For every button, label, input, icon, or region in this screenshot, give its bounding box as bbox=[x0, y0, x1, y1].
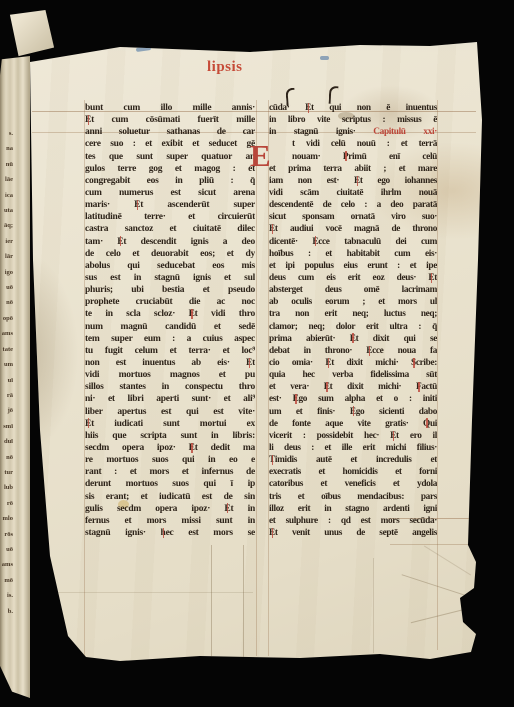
facing-page-glyph-fragment: rā bbox=[0, 388, 13, 403]
facing-page-glyph-fragment: mō bbox=[0, 573, 13, 588]
red-touched-capital: F bbox=[416, 381, 421, 393]
facing-page-glyph-fragment: rōs bbox=[0, 527, 13, 542]
running-title: lipsis bbox=[207, 59, 243, 76]
text-line: derunt mortuos suos qui ī ip bbox=[85, 478, 255, 490]
text-line: clamor; neq; dolor erit ultra : q̄ bbox=[269, 321, 437, 333]
text-line: et sulphure : qd est mors secūda· bbox=[269, 515, 437, 527]
page-corner-flap bbox=[8, 10, 56, 58]
red-touched-capital: E bbox=[85, 114, 91, 126]
text-line: et prima terra abiit ; et mare bbox=[269, 163, 437, 175]
ruling-vertical-right-outer bbox=[437, 100, 438, 650]
text-line: bunt cum illo mille annis· bbox=[85, 102, 255, 114]
facing-page-glyph-fragment: jō bbox=[0, 403, 13, 418]
rubric-text: Capitulū xxi· bbox=[373, 127, 437, 137]
text-line: gulos terre gog et magog : et bbox=[85, 163, 255, 175]
text-line: descendentē de celo : a deo paratā bbox=[269, 199, 437, 211]
red-touched-capital: E bbox=[134, 199, 140, 211]
text-line: fernus et mors missi sunt in bbox=[85, 515, 255, 527]
facing-page-glyph-fragment: na bbox=[0, 141, 13, 156]
text-line: tam· Et descendit ignis a deo bbox=[85, 236, 255, 248]
text-line: te in scla scloz· Et vidi thro bbox=[85, 308, 255, 320]
text-line: Et iudicati sunt mortui ex bbox=[85, 418, 255, 430]
red-touched-capital: E bbox=[324, 381, 330, 393]
facing-page-glyph-fragment: is. bbox=[0, 588, 13, 603]
blue-pigment-smudge-top-right bbox=[320, 56, 329, 60]
text-line: li deus : et ille erit michi filius· bbox=[269, 442, 437, 454]
red-touched-capital: E bbox=[350, 406, 356, 418]
text-line: stagnū ignis· hec est mors se bbox=[85, 527, 255, 539]
facing-page-glyph-fragment: b. bbox=[0, 604, 13, 619]
facing-page-glyph-fragment: ica bbox=[0, 188, 13, 203]
text-line: illoz erit in stagno ardenti igni bbox=[269, 503, 437, 515]
text-line: hoībus : et habitabit cum eis· bbox=[269, 248, 437, 260]
facing-page-glyph-fragment: lub bbox=[0, 480, 13, 495]
text-line: tes que sunt super quatuor an bbox=[85, 151, 255, 163]
crease-vertical-1 bbox=[211, 545, 212, 657]
red-touched-capital: P bbox=[343, 151, 348, 163]
facing-page-glyph-fragment: tur bbox=[0, 465, 13, 480]
red-touched-capital: E bbox=[428, 272, 434, 284]
facing-page-glyph-fragment: nō bbox=[0, 295, 13, 310]
red-touched-capital: E bbox=[325, 357, 331, 369]
facing-page-glyph-fragment: āq; bbox=[0, 218, 13, 233]
red-touched-capital: E bbox=[224, 503, 230, 515]
facing-page-glyph-fragment: nū bbox=[0, 157, 13, 172]
text-column-left: bunt cum illo mille annis·Et cum cōsūmat… bbox=[85, 102, 255, 539]
text-line: in stagnū ignis· Capitulū xxi· bbox=[269, 126, 437, 138]
facing-page-glyph-fragment: uō bbox=[0, 542, 13, 557]
text-line: absterget deus omē lacrimam bbox=[269, 284, 437, 296]
text-line: Et cum cōsūmati fuerīt mille bbox=[85, 114, 255, 126]
text-line: re mortuos suos qui in eo e bbox=[85, 454, 255, 466]
text-line: Et audiui vocē magnā de throno bbox=[269, 223, 437, 235]
wrinkle-1 bbox=[402, 574, 469, 597]
text-line: cum numerus est sicut arena bbox=[85, 187, 255, 199]
facing-page-glyph-fragment: nō bbox=[0, 450, 13, 465]
facing-page-glyph-fragment: lār bbox=[0, 249, 13, 264]
text-line: quia hec verba fidelissima sūt bbox=[269, 369, 437, 381]
red-touched-capital: E bbox=[85, 418, 91, 430]
text-line: sicut sponsam ornatā viro suo· bbox=[269, 211, 437, 223]
red-touched-capital: E bbox=[366, 345, 372, 357]
text-line: vidi scām ciuitatē ihrlm nouā bbox=[269, 187, 437, 199]
red-touched-capital: E bbox=[246, 357, 252, 369]
text-column-right: cūda· Et qui non ē inuentusin libro vite… bbox=[269, 102, 437, 539]
facing-page-glyph-fragment: opō bbox=[0, 311, 13, 326]
facing-page-glyph-fragment: uī bbox=[0, 373, 13, 388]
facing-page-glyph-fragment: ier bbox=[0, 234, 13, 249]
facing-page-glyph-fragment: rō bbox=[0, 496, 13, 511]
red-touched-capital: E bbox=[293, 393, 299, 405]
text-line: Timidis autē et incredulis et bbox=[269, 454, 437, 466]
text-line: tra non erit neq; luctus neq; bbox=[269, 308, 437, 320]
red-touched-capital: E bbox=[312, 236, 318, 248]
text-line: non est inuentus ab eis· Et bbox=[85, 357, 255, 369]
text-line: ab oculis eorum ; et mors ul bbox=[269, 296, 437, 308]
text-line: debat in throno· Ecce noua fa bbox=[269, 345, 437, 357]
facing-page-glyph-fragment: ams bbox=[0, 326, 13, 341]
facing-page-glyph-fragment: um bbox=[0, 357, 13, 372]
text-line: Et venit unus de septē angelis bbox=[269, 527, 437, 539]
text-line: vicerit : possidebit hec· Et ero il bbox=[269, 430, 437, 442]
text-line: abolus qui seducebat eos mis bbox=[85, 260, 255, 272]
red-touched-capital: S bbox=[411, 357, 416, 369]
text-line: num magnū candidū et sedē bbox=[85, 321, 255, 333]
text-line: anni soluetur sathanas de car bbox=[85, 126, 255, 138]
text-line: vidi mortuos magnos et pu bbox=[85, 369, 255, 381]
facing-page-glyph-fragment: uta bbox=[0, 203, 13, 218]
text-line: ni· et libri aperti sunt· et ali⁹ bbox=[85, 393, 255, 405]
chapter-drop-cap: E bbox=[250, 140, 271, 171]
text-line: de fonte aque vite gratis· Qui bbox=[269, 418, 437, 430]
text-line: gulis secdm opera ipoz· Et in bbox=[85, 503, 255, 515]
red-touched-capital: h bbox=[161, 527, 166, 539]
crease-vertical-2 bbox=[243, 545, 244, 657]
red-touched-capital: E bbox=[269, 527, 275, 539]
text-line: tu fugit celum et terra· et loc⁹ bbox=[85, 345, 255, 357]
text-line: um et finis· Ego sicienti dabo bbox=[269, 406, 437, 418]
facing-page-glyph-fragment: mlo bbox=[0, 511, 13, 526]
ruling-vertical-left-inner bbox=[256, 100, 257, 656]
facing-page-glyph-fragment: duī bbox=[0, 434, 13, 449]
red-touched-capital: E bbox=[269, 223, 275, 235]
text-line: cere suo : et exibit et seducet gē bbox=[85, 138, 255, 150]
text-line: tem super eum : a cuius aspec bbox=[85, 333, 255, 345]
text-line: castra sanctoz et ciuitatē dilec bbox=[85, 223, 255, 235]
text-line: t vidi celū nouū : et terrā bbox=[269, 138, 437, 150]
wrinkle-3 bbox=[424, 546, 471, 576]
text-line: dicentē· Ecce tabnaculū dei cum bbox=[269, 236, 437, 248]
text-line: nouam· Primū enī celū bbox=[269, 151, 437, 163]
facing-page-glyph-fragment: tate bbox=[0, 342, 13, 357]
ruling-line-right-2 bbox=[390, 544, 474, 545]
text-line: cio omia· Et dixit michi· Scribe: bbox=[269, 357, 437, 369]
text-line: sillos stantes in conspectu thro bbox=[85, 381, 255, 393]
text-line: sus est in stagnū ignis et sul bbox=[85, 272, 255, 284]
text-line: maris· Et ascenderūt super bbox=[85, 199, 255, 211]
facing-page-glyph-fragment: ams bbox=[0, 557, 13, 572]
facing-page-glyph-fragment: uō bbox=[0, 280, 13, 295]
text-line: et vera· Et dixit michi· Factū bbox=[269, 381, 437, 393]
text-line: de celo et deuorabit eos; et dy bbox=[85, 248, 255, 260]
facing-page-glyph-fragment: lāe bbox=[0, 172, 13, 187]
text-line: prima abierūt· Et dixit qui se bbox=[269, 333, 437, 345]
blue-pigment-smudge-top-left bbox=[136, 46, 151, 52]
text-line: catoribus et veneficis et ydola bbox=[269, 478, 437, 490]
red-touched-capital: E bbox=[189, 442, 195, 454]
red-touched-capital: E bbox=[305, 102, 311, 114]
text-line: est· Ego sum alpha et o : initi bbox=[269, 393, 437, 405]
text-line: iam non est· Et ego iohannes bbox=[269, 175, 437, 187]
text-line: liber apertus est qui est vite· bbox=[85, 406, 255, 418]
facing-page-glyph-fragment: smī bbox=[0, 419, 13, 434]
text-line: hiis que scripta sunt in libris: bbox=[85, 430, 255, 442]
red-touched-capital: E bbox=[189, 308, 195, 320]
facing-page-text-edge: s.nanūlāeicautaāq;ierlārigouōnōopōamstat… bbox=[0, 126, 13, 646]
crease-horizontal-bottom bbox=[38, 592, 253, 593]
text-line: deus cum eis erit eoz deus· Et bbox=[269, 272, 437, 284]
red-touched-capital: T bbox=[269, 454, 275, 466]
text-line: cūda· Et qui non ē inuentus bbox=[269, 102, 437, 114]
red-touched-capital: E bbox=[390, 430, 396, 442]
text-line: execratis et homicidis et forni bbox=[269, 466, 437, 478]
text-line: secdm opera ipoz· Et dedit ma bbox=[85, 442, 255, 454]
text-line: congregabit eos in pliū : q̄ bbox=[85, 175, 255, 187]
text-line: sis erant; et iudicatū est de sin bbox=[85, 491, 255, 503]
parchment-page: lipsis bunt cum illo mille annis·Et cum … bbox=[0, 0, 514, 707]
crease-vertical-3 bbox=[373, 558, 374, 653]
facing-page-glyph-fragment: igo bbox=[0, 265, 13, 280]
red-touched-capital: E bbox=[350, 333, 356, 345]
red-touched-capital: E bbox=[354, 175, 360, 187]
text-line: et ipi populus eius erunt : et ipe bbox=[269, 260, 437, 272]
red-touched-capital: Q bbox=[423, 418, 430, 430]
text-line: in libro vite scriptus : missus ē bbox=[269, 114, 437, 126]
text-line: latitudinē terre· et circuierūt bbox=[85, 211, 255, 223]
text-line: tris et oībus mendacibus: pars bbox=[269, 491, 437, 503]
text-line: prophete cruciabūt die ac noc bbox=[85, 296, 255, 308]
facing-page-glyph-fragment: s. bbox=[0, 126, 13, 141]
text-line: phuris; ubi bestia et pseudo bbox=[85, 284, 255, 296]
wrinkle-2 bbox=[411, 608, 469, 623]
manuscript-photo: s.nanūlāeicautaāq;ierlārigouōnōopōamstat… bbox=[0, 0, 514, 707]
red-touched-capital: E bbox=[117, 236, 123, 248]
text-line: rant : et mors et infernus de bbox=[85, 466, 255, 478]
